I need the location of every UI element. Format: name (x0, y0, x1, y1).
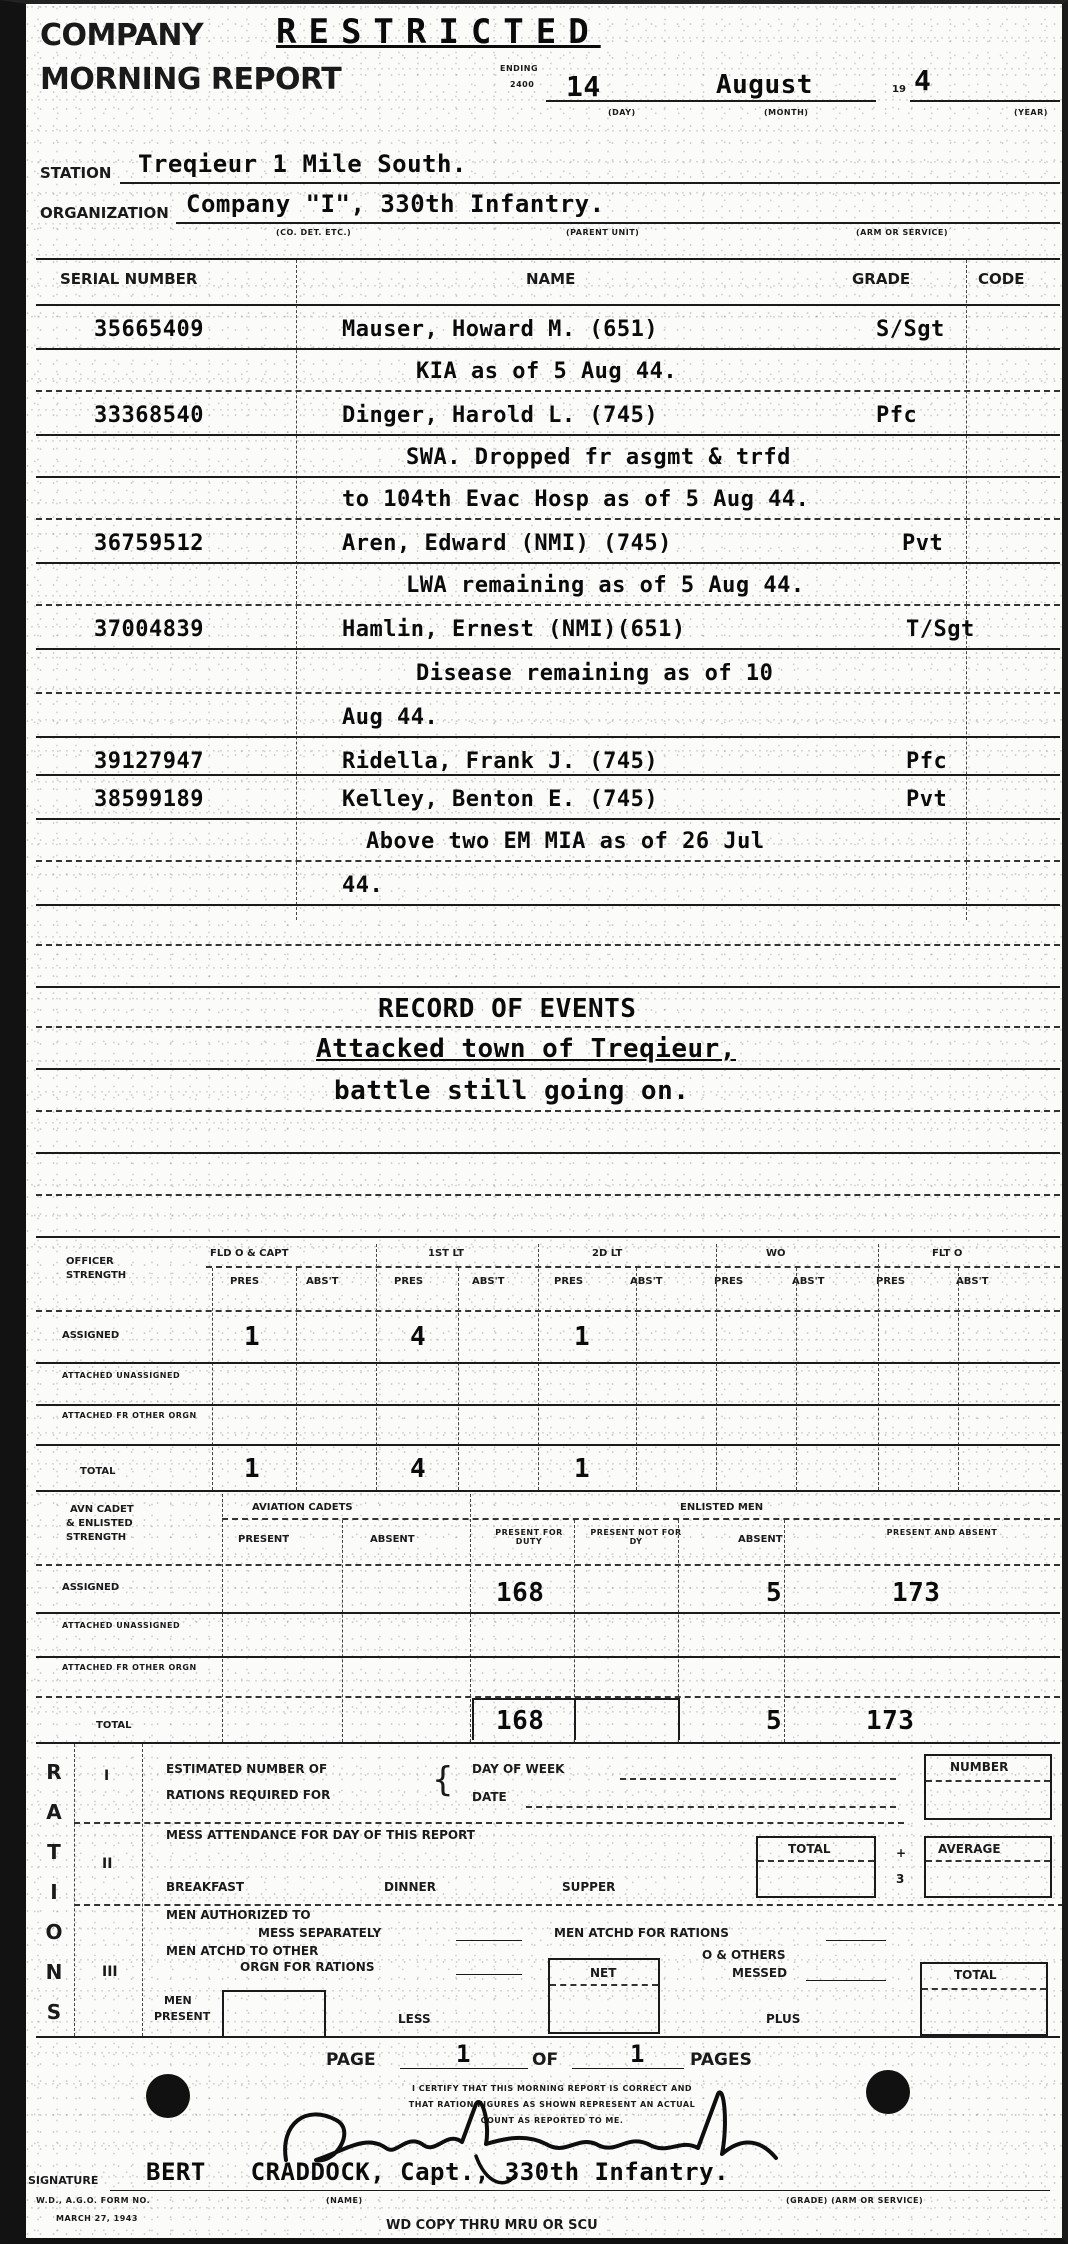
org-caption-parent: (PARENT UNIT) (566, 228, 639, 237)
officer-row-label: TOTAL (80, 1466, 115, 1477)
subcol-abst: ABS'T (956, 1276, 988, 1287)
serial-number: 38599189 (94, 787, 204, 812)
remark-text: LWA remaining as of 5 Aug 44. (406, 573, 805, 598)
divide-by: 3 (896, 1872, 904, 1886)
enlisted-total-all: 173 (866, 1706, 914, 1736)
subcol-pres: PRES (876, 1276, 905, 1287)
subcol-abst: ABS'T (630, 1276, 662, 1287)
rations-required-label: RATIONS REQUIRED FOR (166, 1788, 330, 1802)
men-atchd-other-label: MEN ATCHD TO OTHER (166, 1944, 318, 1958)
officer-row-label: ATTACHED UNASSIGNED (62, 1368, 202, 1383)
subcol-pres: PRES (554, 1276, 583, 1287)
soldier-name: Ridella, Frank J. (745) (342, 749, 658, 774)
enlisted-row-label: TOTAL (96, 1720, 131, 1731)
soldier-name: Kelley, Benton E. (745) (342, 787, 658, 812)
remark-text: to 104th Evac Hosp as of 5 Aug 44. (342, 487, 809, 512)
orgn-for-rations-label: ORGN FOR RATIONS (240, 1960, 374, 1974)
form-id: W.D., A.G.O. FORM NO. (36, 2196, 150, 2205)
personnel-entry: 33368540 Dinger, Harold L. (745) Pfc (66, 392, 1052, 432)
soldier-grade: T/Sgt (906, 617, 975, 642)
title-company: COMPANY (40, 18, 203, 53)
soldier-name: Aren, Edward (NMI) (745) (342, 531, 672, 556)
col-absent: ABSENT (738, 1534, 783, 1545)
col-present-and-absent: PRESENT AND ABSENT (882, 1528, 1002, 1537)
officer-group-fld-capt: FLD O & CAPT (210, 1248, 288, 1259)
col-serial-number: SERIAL NUMBER (60, 270, 197, 288)
remark-line: Aug 44. (66, 694, 1052, 734)
remark-text: Above two EM MIA as of 26 Jul (366, 829, 765, 854)
soldier-grade: S/Sgt (876, 317, 945, 342)
ending-time-label: 2400 (510, 80, 534, 89)
rations-section-3-numeral: III (102, 1964, 118, 1980)
enlisted-assigned-total: 173 (892, 1578, 940, 1608)
soldier-grade: Pvt (906, 787, 947, 812)
punch-hole-left (146, 2074, 190, 2118)
subcol-pres: PRES (230, 1276, 259, 1287)
enlisted-assigned-absent: 5 (766, 1578, 782, 1608)
soldier-name: Dinger, Harold L. (745) (342, 403, 658, 428)
date-label: DATE (472, 1790, 507, 1804)
rations-estimated-label: ESTIMATED NUMBER OF (166, 1762, 327, 1776)
day-of-week-label: DAY OF WEEK (472, 1762, 564, 1776)
officer-strength-label: OFFICER (66, 1256, 114, 1267)
officer-total-2d-lt: 1 (574, 1454, 590, 1484)
soldier-grade: Pfc (906, 749, 947, 774)
report-year: 4 (914, 64, 931, 97)
remark-text: KIA as of 5 Aug 44. (416, 359, 677, 384)
grade-caption: (GRADE) (ARM OR SERVICE) (786, 2196, 923, 2205)
men-atchd-for-rations-label: MEN ATCHD FOR RATIONS (554, 1926, 729, 1940)
report-day: 14 (566, 70, 601, 103)
rations-section-1-numeral: I (104, 1768, 109, 1784)
average-box-label: AVERAGE (938, 1842, 1001, 1856)
enlisted-men-header: ENLISTED MEN (680, 1502, 763, 1513)
ending-label: ENDING (500, 64, 538, 73)
present-label: PRESENT (154, 2010, 210, 2023)
subcol-pres: PRES (394, 1276, 423, 1287)
remark-line: LWA remaining as of 5 Aug 44. (66, 562, 1052, 602)
organization-label: ORGANIZATION (40, 204, 169, 222)
org-caption-unit: (CO. DET. ETC.) (276, 228, 351, 237)
rations-total-label: TOTAL (954, 1968, 997, 1982)
serial-number: 39127947 (94, 749, 204, 774)
event-line: Attacked town of Treqieur, (316, 1034, 736, 1064)
remark-line: KIA as of 5 Aug 44. (66, 348, 1052, 388)
remark-line: to 104th Evac Hosp as of 5 Aug 44. (66, 476, 1052, 516)
personnel-entry: 39127947 Ridella, Frank J. (745) Pfc (66, 738, 1052, 778)
remark-text: SWA. Dropped fr asgmt & trfd (406, 445, 791, 470)
col-code: CODE (978, 270, 1024, 288)
subcol-abst: ABS'T (472, 1276, 504, 1287)
men-present-box[interactable] (222, 1990, 326, 2036)
remark-text: Aug 44. (342, 705, 438, 730)
serial-number: 33368540 (94, 403, 204, 428)
less-label: LESS (398, 2012, 431, 2026)
col-avn-absent: ABSENT (370, 1534, 415, 1545)
enlisted-row-label: ASSIGNED (62, 1582, 119, 1593)
col-present-not-for-duty: PRESENT NOT FOR DY (586, 1528, 686, 1546)
enlisted-total-box-2 (576, 1698, 680, 1740)
morning-report-form: COMPANY RESTRICTED MORNING REPORT ENDING… (0, 0, 1068, 2244)
signature-label: SIGNATURE (28, 2174, 98, 2187)
remark-line: Disease remaining as of 10 (66, 650, 1052, 690)
year-caption: (YEAR) (1014, 108, 1048, 117)
messed-label: MESSED (732, 1966, 787, 1980)
enlisted-total-absent: 5 (766, 1706, 782, 1736)
remark-line: Above two EM MIA as of 26 Jul (66, 818, 1052, 858)
station-value: Treqieur 1 Mile South. (138, 150, 467, 178)
serial-number: 37004839 (94, 617, 204, 642)
remark-line: 44. (66, 862, 1052, 902)
mess-attendance-label: MESS ATTENDANCE FOR DAY OF THIS REPORT (166, 1828, 475, 1842)
soldier-grade: Pvt (902, 531, 943, 556)
brace: { (432, 1760, 454, 1800)
month-caption: (MONTH) (764, 108, 808, 117)
divide-sign: + (896, 1846, 906, 1860)
officer-row-label: ATTACHED FR OTHER ORGN (62, 1408, 202, 1423)
remark-text: Disease remaining as of 10 (416, 661, 773, 686)
plus-label: PLUS (766, 2012, 800, 2026)
officer-total-1st-lt: 4 (410, 1454, 426, 1484)
title-morning-report: MORNING REPORT (40, 62, 341, 97)
enlisted-row-label: ATTACHED UNASSIGNED (62, 1618, 202, 1633)
soldier-name: Hamlin, Ernest (NMI)(651) (342, 617, 686, 642)
distribution-note: WD COPY THRU MRU OR SCU (386, 2218, 598, 2233)
mess-separately-label: MESS SEPARATELY (258, 1926, 381, 1940)
subcol-pres: PRES (714, 1276, 743, 1287)
personnel-entry: 38599189 Kelley, Benton E. (745) Pvt (66, 776, 1052, 816)
officer-group-1st-lt: 1ST LT (428, 1248, 464, 1259)
enlisted-strength-label: AVN CADET (70, 1504, 134, 1515)
officer-2d-lt-pres: 1 (574, 1322, 590, 1352)
supper-label: SUPPER (562, 1880, 615, 1894)
number-box-label: NUMBER (950, 1760, 1008, 1774)
day-caption: (DAY) (608, 108, 636, 117)
enlisted-assigned-present-for-duty: 168 (496, 1578, 544, 1608)
dinner-label: DINNER (384, 1880, 436, 1894)
station-label: STATION (40, 164, 111, 182)
record-of-events-title: RECORD OF EVENTS (378, 994, 636, 1024)
men-label: MEN (164, 1994, 192, 2007)
personnel-entry: 37004839 Hamlin, Ernest (NMI)(651) T/Sgt (66, 606, 1052, 646)
rations-side-label: R A T I O N S (40, 1752, 68, 2032)
enlisted-total-present-for-duty: 168 (496, 1706, 544, 1736)
serial-number: 36759512 (94, 531, 204, 556)
enlisted-strength-label-2: & ENLISTED (66, 1518, 133, 1529)
officer-strength-label-2: STRENGTH (66, 1270, 126, 1281)
serial-number: 35665409 (94, 317, 204, 342)
form-date: MARCH 27, 1943 (56, 2214, 138, 2223)
col-present-for-duty: PRESENT FOR DUTY (484, 1528, 574, 1546)
signature-typed-name: BERT CRADDOCK, Capt., 330th Infantry. (146, 2158, 729, 2186)
remark-line: SWA. Dropped fr asgmt & trfd (66, 434, 1052, 474)
total-box-label: TOTAL (788, 1842, 831, 1856)
aviation-cadets-header: AVIATION CADETS (252, 1502, 353, 1513)
rations-section-2-numeral: II (102, 1856, 112, 1872)
report-month: August (716, 70, 813, 100)
men-authorized-label: MEN AUTHORIZED TO (166, 1908, 311, 1922)
event-line: battle still going on. (334, 1076, 689, 1106)
soldier-grade: Pfc (876, 403, 917, 428)
org-caption-arm: (ARM OR SERVICE) (856, 228, 948, 237)
enlisted-strength-label-3: STRENGTH (66, 1532, 126, 1543)
officer-group-2d-lt: 2D LT (592, 1248, 622, 1259)
personnel-entry: 36759512 Aren, Edward (NMI) (745) Pvt (66, 520, 1052, 560)
officer-group-wo: WO (766, 1248, 786, 1259)
officer-total-fld-capt: 1 (244, 1454, 260, 1484)
classification-stamp: RESTRICTED (276, 12, 601, 52)
soldier-name: Mauser, Howard M. (651) (342, 317, 658, 342)
name-caption: (NAME) (326, 2196, 363, 2205)
breakfast-label: BREAKFAST (166, 1880, 244, 1894)
o-others-label: O & OTHERS (702, 1948, 786, 1962)
officer-1st-lt-pres: 4 (410, 1322, 426, 1352)
organization-value: Company "I", 330th Infantry. (186, 190, 605, 218)
remark-text: 44. (342, 873, 383, 898)
officer-fld-capt-pres: 1 (244, 1322, 260, 1352)
punch-hole-right (866, 2070, 910, 2114)
personnel-entry: 35665409 Mauser, Howard M. (651) S/Sgt (66, 306, 1052, 346)
year-prefix: 19 (892, 84, 906, 95)
subcol-abst: ABS'T (306, 1276, 338, 1287)
col-grade: GRADE (852, 270, 910, 288)
officer-row-label: ASSIGNED (62, 1330, 119, 1341)
officer-group-flt-o: FLT O (932, 1248, 962, 1259)
col-name: NAME (526, 270, 575, 288)
net-box-label: NET (590, 1966, 616, 1980)
col-avn-present: PRESENT (238, 1534, 289, 1545)
enlisted-row-label: ATTACHED FR OTHER ORGN (62, 1660, 202, 1675)
